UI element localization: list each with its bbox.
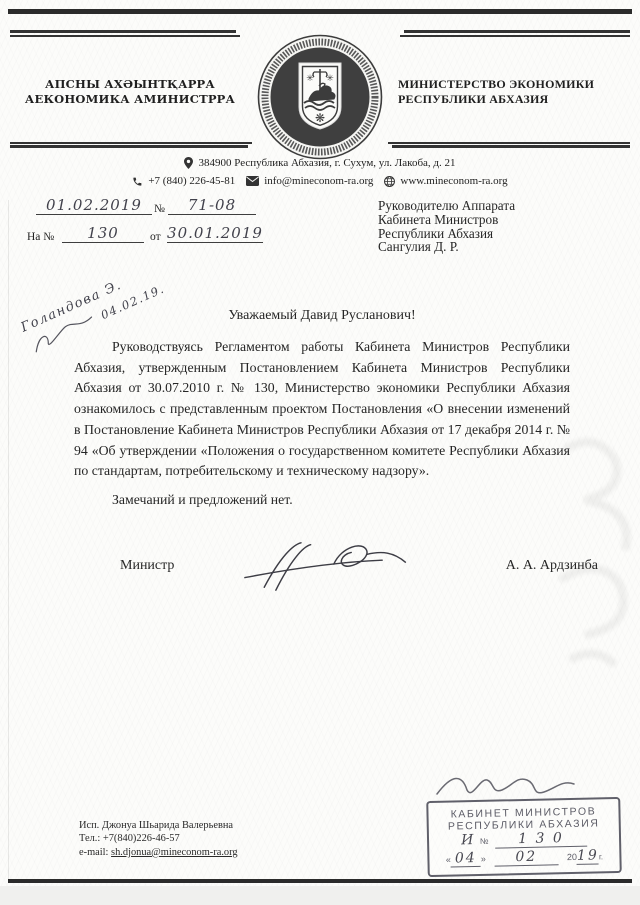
recipient-block: Руководителю Аппарата Кабинета Министров… — [378, 199, 515, 254]
svg-text:✳: ✳ — [326, 74, 334, 84]
outgoing-date-field: 01.02.2019 — [36, 196, 152, 215]
top-frame-bar — [8, 9, 632, 14]
svg-text:❋: ❋ — [315, 111, 325, 125]
contact-phone-line: +7 (840) 226-45-81 info@mineconom-ra.org… — [0, 175, 640, 187]
org-name-abkhaz-line1: АПСНЫ АХӘЫНТҚАРРА — [18, 77, 242, 92]
number-sign-label: № — [154, 203, 165, 215]
location-pin-icon — [184, 157, 193, 169]
stamp-year-prefix: 20 — [567, 852, 577, 862]
org-name-abkhaz-line2: АЕКОНОМИКА АМИНИСТРРА — [18, 92, 242, 107]
header-rule-left-thick — [10, 30, 236, 33]
stamp-year: 19 — [577, 847, 599, 864]
stamp-date-row: «04» 02 2019г. — [429, 847, 619, 868]
contact-address-line: 384900 Республика Абхазия, г. Сухум, ул.… — [0, 157, 640, 169]
envelope-icon — [246, 176, 259, 186]
header-rule-right-thick — [404, 30, 630, 33]
subheader-rule-left-thick — [10, 145, 248, 148]
recipient-line: Сангулия Д. Р. — [378, 240, 515, 254]
phone-icon — [132, 176, 143, 187]
ministry-seal: ✳✳ ❋ — [256, 33, 384, 161]
org-name-russian-line1: МИНИСТЕРСТВО ЭКОНОМИКИ — [398, 77, 628, 92]
ministry-seal-emblem-icon: ✳✳ ❋ — [256, 33, 384, 161]
recipient-line: Республики Абхазия — [378, 227, 515, 241]
svg-text:✳: ✳ — [306, 74, 314, 84]
incoming-number-label: На № — [27, 231, 54, 243]
executor-email-line: e-mail: sh.djonua@mineconom-ra.org — [79, 846, 238, 859]
subheader-rule-left-thin — [10, 142, 252, 144]
executor-name: Исп. Джонуа Шьарида Валерьевна — [79, 819, 238, 832]
minister-signature-icon — [234, 537, 424, 595]
from-label: от — [150, 231, 161, 243]
header-rule-left-thin — [10, 35, 240, 37]
scanned-letter-page: ✳✳ ❋ АПСНЫ АХӘЫНТҚАРРА АЕКОНОМИКА АМИНИС… — [0, 0, 640, 905]
recipient-line: Кабинета Министров — [378, 213, 515, 227]
signature-row: Министр А. А. Ардзинба — [74, 537, 584, 595]
executor-email: sh.djonua@mineconom-ra.org — [111, 847, 238, 858]
globe-icon — [384, 176, 395, 187]
email-text: info@mineconom-ra.org — [264, 175, 373, 187]
org-name-russian-line2: РЕСПУБЛИКИ АБХАЗИЯ — [398, 92, 628, 107]
incoming-date-field: 30.01.2019 — [167, 224, 263, 243]
executor-phone: Тел.: +7(840)226-46-57 — [79, 832, 238, 845]
org-name-abkhaz: АПСНЫ АХӘЫНТҚАРРА АЕКОНОМИКА АМИНИСТРРА — [18, 77, 242, 107]
stamp-number-value: 1 3 0 — [495, 830, 587, 849]
subheader-rule-right-thin — [388, 142, 630, 144]
subheader-rule-right-thick — [392, 145, 630, 148]
stamp-number-label: № — [480, 837, 489, 846]
signer-title: Министр — [120, 558, 174, 574]
salutation: Уважаемый Давид Русланович! — [74, 308, 570, 324]
recipient-line: Руководителю Аппарата — [378, 199, 515, 213]
address-text: 384900 Республика Абхазия, г. Сухум, ул.… — [198, 157, 455, 169]
scan-left-edge — [8, 200, 9, 880]
scan-bottom-margin — [0, 886, 640, 905]
stamp-month: 02 — [494, 848, 558, 866]
stamp-check-mark: И — [461, 832, 476, 848]
stamp-quote-close: » — [481, 854, 486, 864]
executor-block: Исп. Джонуа Шьарида Валерьевна Тел.: +7(… — [79, 819, 238, 859]
letter-body: Уважаемый Давид Русланович! Руководствуя… — [74, 308, 584, 595]
stamp-year-suffix: г. — [599, 852, 603, 861]
org-name-russian: МИНИСТЕРСТВО ЭКОНОМИКИ РЕСПУБЛИКИ АБХАЗИ… — [398, 77, 628, 107]
body-paragraph-1: Руководствуясь Регламентом работы Кабине… — [74, 337, 570, 482]
header-rule-right-thin — [400, 35, 630, 37]
stamp-day: 04 — [451, 850, 481, 868]
outgoing-number-field: 71-08 — [168, 196, 256, 215]
incoming-stamp: КАБИНЕТ МИНИСТРОВ РЕСПУБЛИКИ АБХАЗИЯ И №… — [426, 797, 622, 877]
body-paragraph-2: Замечаний и предложений нет. — [74, 490, 570, 511]
incoming-number-field: 130 — [62, 224, 144, 243]
bleed-through-artifact — [545, 420, 635, 700]
website-text: www.mineconom-ra.org — [400, 175, 507, 187]
bottom-frame-bar — [8, 879, 632, 883]
executor-email-label: e-mail: — [79, 847, 108, 858]
phone-text: +7 (840) 226-45-81 — [148, 175, 235, 187]
